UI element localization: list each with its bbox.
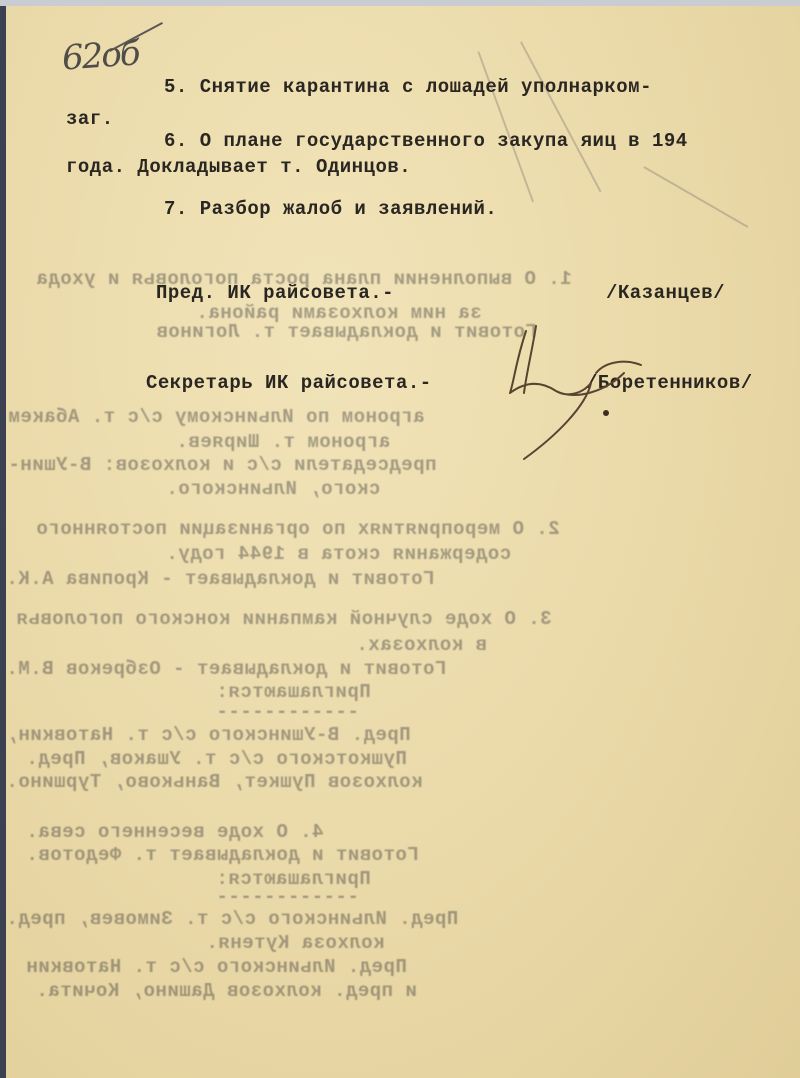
pencil-stroke (644, 166, 749, 227)
bleed-line: Пред. В-Ушинского с/с т. Натовкин, (6, 724, 411, 746)
bleed-line: агроном т. Ширяев. (176, 431, 390, 453)
document-page: 1. О выполнении плана роста поголовья и … (6, 6, 800, 1078)
bleed-line: 3. О ходе случной кампании конского пого… (16, 608, 552, 630)
signature-icon (496, 321, 646, 461)
agenda-item-5-line2: заг. (66, 108, 114, 130)
bleed-line: Приглашаются: (216, 681, 371, 703)
bleed-line: Готовит и докладывает - Кропива А.К. (6, 568, 434, 590)
secretary-title: Секретарь ИК райсовета.- (146, 372, 432, 394)
agenda-item-6-line1: 6. О плане государственного закупа яиц в… (164, 130, 688, 152)
bleed-line: Готовит и докладывает - Озбреков В.М. (6, 658, 446, 680)
agenda-item-5-line1: 5. Снятие карантина с лошадей уполнарком… (164, 76, 652, 98)
bleed-line: Готовит и докладывает т. Федотов. (26, 844, 419, 866)
pencil-stroke (520, 41, 601, 192)
chairman-name: /Казанцев/ (606, 282, 725, 304)
bleed-line: Готовит и докладывает т. Логинов (156, 321, 537, 343)
bleed-line: 2. О мероприятиях по организации постоян… (36, 518, 560, 540)
pencil-stroke (478, 51, 534, 202)
chairman-title: Пред. ИК райсовета.- (156, 282, 394, 304)
bleed-line: агроном по Ильинскому с/с т. Абакем (8, 406, 425, 428)
bleed-line: содержания скота в 1944 году. (166, 543, 511, 565)
bleed-line: Пушкотского с/с т. Ушаков, Пред. (26, 748, 407, 770)
bleed-line: 4. О ходе весеннего сева. (26, 821, 324, 843)
bleed-line: колхоза Кутеня. (206, 932, 385, 954)
bleed-line: ------------ (216, 701, 359, 723)
agenda-item-7: 7. Разбор жалоб и заявлений. (164, 198, 497, 220)
agenda-item-6-line2: года. Докладывает т. Одинцов. (66, 156, 411, 178)
bleed-line: Пред. Ильинского с/с т. Зимовев, пред. (6, 908, 458, 930)
bleed-line: колхозов Пушкет, Ваньково, Туршино. (6, 771, 423, 793)
bleed-line: ского, Ильинского. (166, 478, 380, 500)
bleed-line: Пред. Ильинского с/с т. Натовкин (26, 956, 407, 978)
bleed-line: председатели с/с и колхозов: В-Ушин- (8, 454, 436, 476)
bleed-line: в колхозах. (356, 634, 487, 656)
bleed-line: ------------ (216, 886, 359, 908)
bleed-line: и пред. колхозов Дашино, Кочита. (36, 980, 417, 1002)
